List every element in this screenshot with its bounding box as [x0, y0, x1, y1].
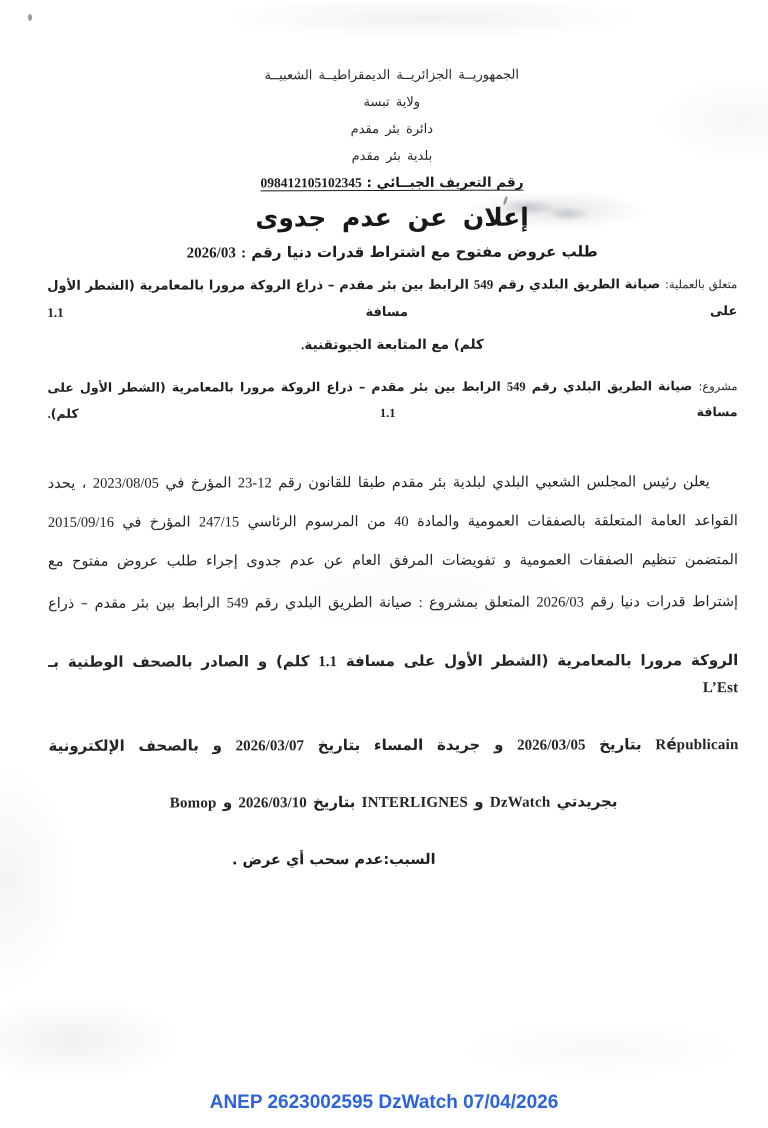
notice-subtitle: طلب عروض مفتوح مع اشتراط قدرات دنيا رقم … — [47, 239, 737, 266]
document-content: الجمهوريــة الجزائريــة الديمقراطيــة ال… — [0, 0, 768, 1128]
scanned-document-page: { "colors": { "footer_blue": "#2c63dd", … — [0, 0, 768, 1128]
header-republic: الجمهوريــة الجزائريــة الديمقراطيــة ال… — [47, 61, 737, 90]
operation-label: متعلق بالعملية: — [665, 277, 737, 291]
body-line: بجريدتي DzWatch و INTERLIGNES بتاريخ 202… — [49, 788, 739, 817]
header-commune: بلدية بئر مقدم — [47, 142, 737, 171]
header-daira: دائرة بئر مقدم — [47, 115, 737, 144]
operation-line-2: كلم) مع المتابعة الجيوتقنية. — [47, 331, 737, 359]
tax-id-label: رقم التعريف الجبــائي : — [366, 175, 523, 191]
body-line: يعلن رئيس المجلس الشعبي البلدي لبلدية بئ… — [48, 469, 738, 497]
body-line: القواعد العامة المتعلقة بالصفقات العمومي… — [48, 508, 738, 536]
body-paragraph: يعلن رئيس المجلس الشعبي البلدي لبلدية بئ… — [48, 469, 739, 817]
anep-footer: ANEP 2623002595 DzWatch 07/04/2026 — [0, 1092, 768, 1114]
operation-text: صيانة الطريق البلدي رقم 549 الرابط بين ب… — [47, 277, 737, 321]
project-line: مشروع: صيانة الطريق البلدي رقم 549 الراب… — [48, 373, 738, 427]
body-line: Républicain بتاريخ 2026/03/05 و جريدة ال… — [48, 731, 738, 760]
reason-line: السبب:عدم سحب أي عرض . — [49, 851, 739, 869]
body-line: الروكة مرورا بالمعامرية (الشطر الأول على… — [48, 647, 738, 703]
operation-line-1: متعلق بالعملية: صيانة الطريق البلدي رقم … — [47, 271, 737, 327]
body-line: إشتراط قدرات دنيا رقم 2026/03 المتعلق بم… — [48, 589, 738, 617]
notice-title: إعلان عن عدم جدوى — [47, 199, 737, 237]
header-wilaya: ولاية تبسة — [47, 88, 737, 117]
tax-id-value: 098412105102345 — [260, 175, 361, 190]
tax-id-line: رقم التعريف الجبــائي : 098412105102345 — [47, 169, 737, 197]
project-text: صيانة الطريق البلدي رقم 549 الرابط بين ب… — [48, 378, 738, 421]
project-label: مشروع: — [698, 379, 737, 393]
body-line: المتضمن تنظيم الصفقات العمومية و تفويضات… — [48, 547, 738, 575]
